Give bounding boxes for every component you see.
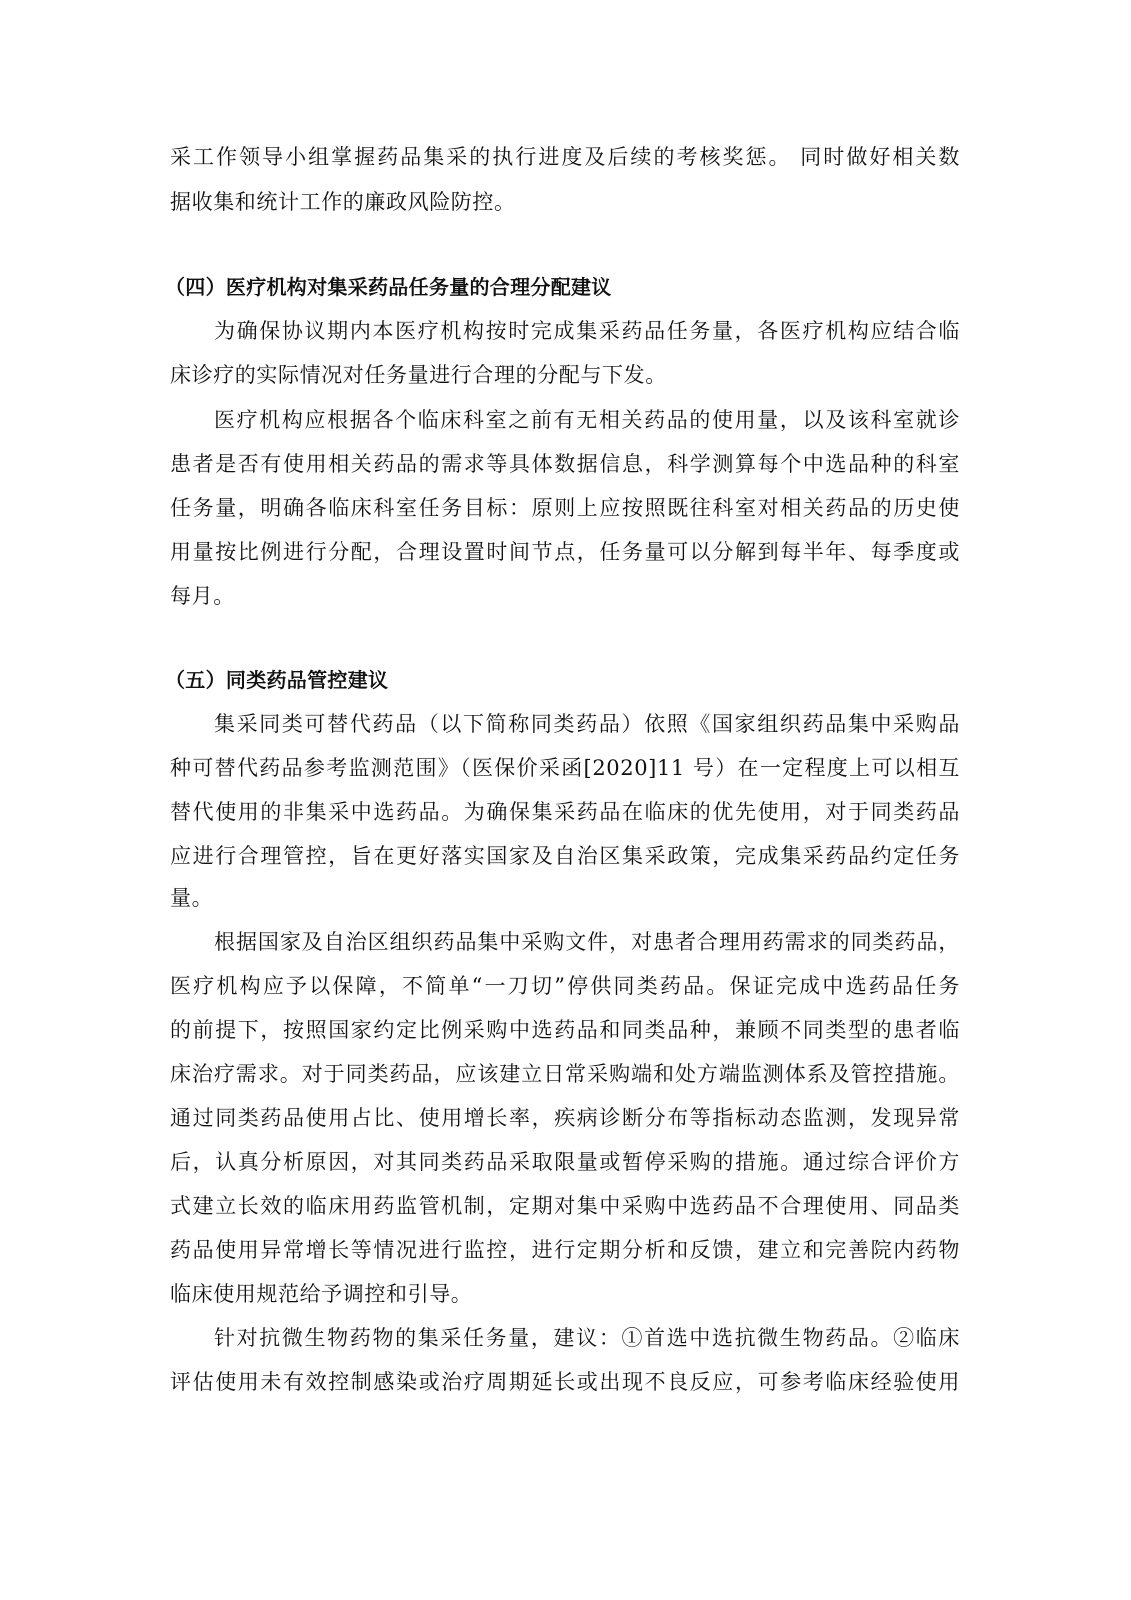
paragraph-line: 药品使用异常增长等情况进行监控，进行定期分析和反馈，建立和完善院内药物 xyxy=(170,1235,960,1265)
paragraph-line: 临床使用规范给予调控和引导。 xyxy=(170,1279,960,1309)
paragraph-line: 床诊疗的实际情况对任务量进行合理的分配与下发。 xyxy=(170,360,960,390)
section-heading: （四）医疗机构对集采药品任务量的合理分配建议 xyxy=(165,272,612,302)
paragraph-line: 替代使用的非集采中选药品。为确保集采药品在临床的优先使用，对于同类药品 xyxy=(170,797,960,827)
paragraph-line: 采工作领导小组掌握药品集采的执行进度及后续的考核奖惩。 同时做好相关数 xyxy=(170,142,960,172)
paragraph-line: 根据国家及自治区组织药品集中采购文件，对患者合理用药需求的同类药品， xyxy=(214,927,960,957)
paragraph-line: 后，认真分析原因，对其同类药品采取限量或暂停采购的措施。通过综合评价方 xyxy=(170,1147,960,1177)
paragraph-line: 床治疗需求。对于同类药品，应该建立日常采购端和处方端监测体系及管控措施。 xyxy=(170,1059,960,1089)
paragraph-line: 用量按比例进行分配，合理设置时间节点，任务量可以分解到每半年、每季度或 xyxy=(170,537,960,567)
paragraph-line: 据收集和统计工作的廉政风险防控。 xyxy=(170,187,960,217)
paragraph-line: 医疗机构应予以保障，不简单“一刀切”停供同类药品。保证完成中选药品任务 xyxy=(170,971,960,1001)
paragraph-line: 每月。 xyxy=(170,581,960,611)
paragraph-line: 应进行合理管控，旨在更好落实国家及自治区集采政策，完成集采药品约定任务 xyxy=(170,841,960,871)
paragraph-line: 医疗机构应根据各个临床科室之前有无相关药品的使用量，以及该科室就诊 xyxy=(214,405,960,435)
paragraph-line: 通过同类药品使用占比、使用增长率，疾病诊断分布等指标动态监测，发现异常 xyxy=(170,1103,960,1133)
paragraph-line: 量。 xyxy=(170,883,960,913)
paragraph-line: 种可替代药品参考监测范围》（医保价采函[2020]11 号）在一定程度上可以相互 xyxy=(170,753,960,783)
paragraph-line: 针对抗微生物药物的集采任务量，建议：①首选中选抗微生物药品。②临床 xyxy=(214,1323,960,1353)
paragraph-line: 评估使用未有效控制感染或治疗周期延长或出现不良反应，可参考临床经验使用 xyxy=(170,1367,960,1397)
paragraph-line: 式建立长效的临床用药监管机制，定期对集中采购中选药品不合理使用、同品类 xyxy=(170,1191,960,1221)
section-heading: （五）同类药品管控建议 xyxy=(165,665,388,695)
document-page: 采工作领导小组掌握药品集采的执行进度及后续的考核奖惩。 同时做好相关数 据收集和… xyxy=(0,0,1131,1600)
paragraph-line: 的前提下，按照国家约定比例采购中选药品和同类品种，兼顾不同类型的患者临 xyxy=(170,1015,960,1045)
paragraph-line: 为确保协议期内本医疗机构按时完成集采药品任务量，各医疗机构应结合临 xyxy=(214,316,960,346)
paragraph-line: 任务量，明确各临床科室任务目标：原则上应按照既往科室对相关药品的历史使 xyxy=(170,493,960,523)
paragraph-line: 患者是否有使用相关药品的需求等具体数据信息，科学测算每个中选品种的科室 xyxy=(170,449,960,479)
paragraph-line: 集采同类可替代药品（以下简称同类药品）依照《国家组织药品集中采购品 xyxy=(214,709,960,739)
